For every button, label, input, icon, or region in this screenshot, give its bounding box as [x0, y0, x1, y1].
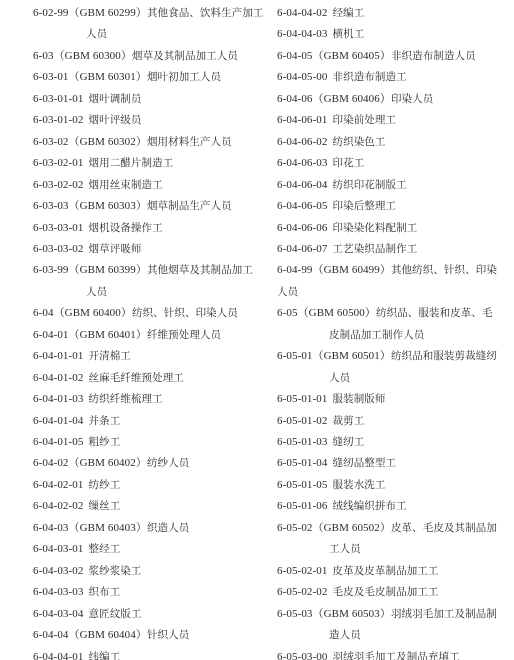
occupation-name: 纤维预处理人员: [147, 329, 221, 341]
occupation-entry: 6-04-06（GBM 60406）印染人员: [277, 92, 433, 106]
occupation-name: 人员: [86, 286, 107, 298]
occupation-entry: 6-04-06-02纺织染色工: [277, 135, 386, 149]
occupation-entry: 6-04-06-01印染前处理工: [277, 113, 396, 127]
occupation-code: 6-05（GBM 60500）: [277, 307, 376, 319]
occupation-code: 6-04-03-02: [33, 565, 84, 577]
occupation-entry: 6-04-03-01整经工: [33, 542, 120, 556]
occupation-code: 6-02-99（GBM 60299）: [33, 7, 147, 19]
occupation-name: 纺纱人员: [147, 457, 189, 469]
occupation-name: 人员: [86, 28, 107, 40]
occupation-code: 6-04-06-05: [277, 200, 328, 212]
occupation-name: 烟用材料生产人员: [147, 136, 232, 148]
occupation-entry: 6-04-01-05粗纱工: [33, 435, 120, 449]
occupation-name: 人员: [277, 286, 298, 298]
occupation-code: 6-03-01-02: [33, 114, 84, 126]
occupation-entry: 6-04-02（GBM 60402）纺纱人员: [33, 456, 189, 470]
occupation-entry: 6-03-02-02烟用丝束制造工: [33, 178, 163, 192]
occupation-name: 印染人员: [391, 93, 433, 105]
occupation-code: 6-03-03-01: [33, 222, 84, 234]
occupation-code: 6-04-06（GBM 60406）: [277, 93, 391, 105]
occupation-name: 纺织印花制版工: [333, 179, 407, 191]
occupation-code: 6-04-03（GBM 60403）: [33, 522, 147, 534]
occupation-name: 烟草评吸师: [89, 243, 142, 255]
occupation-name: 纬编工: [89, 651, 121, 660]
occupation-entry: 6-05-03-00羽绒羽毛加工及制品充填工: [277, 650, 460, 660]
occupation-name: 裁剪工: [333, 415, 365, 427]
occupation-name: 绒线编织拼布工: [333, 500, 407, 512]
occupation-entry: 6-04-04-01纬编工: [33, 650, 120, 660]
occupation-entry: 6-04-02-01纺纱工: [33, 478, 120, 492]
occupation-name: 印染染化料配制工: [333, 222, 418, 234]
occupation-entry: 6-04-02-02缫丝工: [33, 499, 120, 513]
occupation-entry: 6-04-04（GBM 60404）针织人员: [33, 628, 189, 642]
occupation-code: 6-04-01-02: [33, 372, 84, 384]
entry-continuation: 皮制品加工制作人员: [329, 328, 424, 342]
occupation-entry: 6-04（GBM 60400）纺织、针织、印染人员: [33, 306, 238, 320]
occupation-entry: 6-03-02（GBM 60302）烟用材料生产人员: [33, 135, 232, 149]
occupation-name: 烟机设备操作工: [89, 222, 163, 234]
occupation-entry: 6-03-03-02烟草评吸师: [33, 242, 142, 256]
occupation-code: 6-04-05-00: [277, 71, 328, 83]
occupation-code: 6-05-03-00: [277, 651, 328, 660]
occupation-code: 6-03-99（GBM 60399）: [33, 264, 147, 276]
occupation-code: 6-04-02（GBM 60402）: [33, 457, 147, 469]
occupation-name: 服装制版师: [333, 393, 386, 405]
occupation-entry: 6-04-01-03纺织纤维梳理工: [33, 392, 163, 406]
occupation-entry: 6-05-01-03缝纫工: [277, 435, 364, 449]
occupation-code: 6-04-06-02: [277, 136, 328, 148]
occupation-code: 6-04-03-04: [33, 608, 84, 620]
occupation-name: 工艺染织品制作工: [333, 243, 418, 255]
occupation-name: 烟叶初加工人员: [147, 71, 221, 83]
occupation-name: 其他烟草及其制品加工: [147, 264, 253, 276]
occupation-code: 6-04-04-02: [277, 7, 328, 19]
occupation-name: 印花工: [333, 157, 365, 169]
occupation-name: 粗纱工: [89, 436, 121, 448]
occupation-entry: 6-05（GBM 60500）纺织品、服装和皮革、毛: [277, 306, 493, 320]
occupation-entry: 6-04-01（GBM 60401）纤维预处理人员: [33, 328, 221, 342]
occupation-code: 6-04-06-01: [277, 114, 328, 126]
occupation-name: 烟叶调制员: [89, 93, 142, 105]
occupation-entry: 6-04-01-04并条工: [33, 414, 120, 428]
occupation-entry: 6-05-02（GBM 60502）皮革、毛皮及其制品加: [277, 521, 497, 535]
occupation-entry: 6-05-03（GBM 60503）羽绒羽毛加工及制品制: [277, 607, 497, 621]
occupation-name: 非织造布制造工: [333, 71, 407, 83]
occupation-name: 缝纫工: [333, 436, 365, 448]
occupation-entry: 6-04-06-05印染后整理工: [277, 199, 396, 213]
occupation-entry: 6-03-99（GBM 60399）其他烟草及其制品加工: [33, 263, 253, 277]
occupation-name: 缫丝工: [89, 500, 121, 512]
occupation-code: 6-04-03-01: [33, 543, 84, 555]
occupation-name: 纺织品和服装剪裁缝纫: [391, 350, 497, 362]
occupation-name: 纺织、针织、印染人员: [132, 307, 238, 319]
occupation-name: 纺织品、服装和皮革、毛: [376, 307, 493, 319]
occupation-code: 6-05-02-02: [277, 586, 328, 598]
occupation-code: 6-04-01（GBM 60401）: [33, 329, 147, 341]
occupation-code: 6-04-04-03: [277, 28, 328, 40]
occupation-code: 6-04（GBM 60400）: [33, 307, 132, 319]
occupation-code: 6-03-01（GBM 60301）: [33, 71, 147, 83]
occupation-entry: 6-05-01-02裁剪工: [277, 414, 364, 428]
occupation-name: 羽绒羽毛加工及制品充填工: [333, 651, 460, 660]
occupation-entry: 6-04-04-03横机工: [277, 27, 364, 41]
occupation-entry: 6-04-03（GBM 60403）织造人员: [33, 521, 189, 535]
occupation-entry: 6-05-02-01皮革及皮革制品加工工: [277, 564, 439, 578]
occupation-code: 6-03-01-01: [33, 93, 84, 105]
occupation-entry: 6-04-03-03织布工: [33, 585, 120, 599]
occupation-code: 6-03（GBM 60300）: [33, 50, 132, 62]
occupation-entry: 6-04-06-03印花工: [277, 156, 364, 170]
occupation-name: 横机工: [333, 28, 365, 40]
occupation-entry: 6-05-02-02毛皮及毛皮制品加工工: [277, 585, 439, 599]
occupation-code: 6-03-03-02: [33, 243, 84, 255]
occupation-code: 6-04-06-06: [277, 222, 328, 234]
occupation-code: 6-05-01（GBM 60501）: [277, 350, 391, 362]
occupation-name: 其他纺织、针织、印染: [391, 264, 497, 276]
occupation-name: 浆纱浆染工: [89, 565, 142, 577]
occupation-name: 织布工: [89, 586, 121, 598]
occupation-name: 缝纫品整型工: [333, 457, 397, 469]
occupation-code: 6-05-01-01: [277, 393, 328, 405]
occupation-code: 6-04-99（GBM 60499）: [277, 264, 391, 276]
occupation-code: 6-04-01-05: [33, 436, 84, 448]
occupation-name: 开清棉工: [89, 350, 131, 362]
occupation-name: 经编工: [333, 7, 365, 19]
occupation-code: 6-04-01-04: [33, 415, 84, 427]
occupation-code: 6-05-01-02: [277, 415, 328, 427]
occupation-code: 6-04-02-02: [33, 500, 84, 512]
occupation-code: 6-04-06-03: [277, 157, 328, 169]
occupation-entry: 6-04-03-04意匠纹版工: [33, 607, 142, 621]
occupation-code: 6-03-03（GBM 60303）: [33, 200, 147, 212]
occupation-entry: 6-04-06-04纺织印花制版工: [277, 178, 407, 192]
occupation-name: 纺纱工: [89, 479, 121, 491]
occupation-name: 纺织纤维梳理工: [89, 393, 163, 405]
occupation-entry: 6-04-05-00非织造布制造工: [277, 70, 407, 84]
entry-continuation: 工人员: [329, 542, 361, 556]
entry-continuation: 造人员: [329, 628, 361, 642]
occupation-entry: 6-05-01（GBM 60501）纺织品和服装剪裁缝纫: [277, 349, 497, 363]
occupation-entry: 6-05-01-06绒线编织拼布工: [277, 499, 407, 513]
occupation-code: 6-03-02（GBM 60302）: [33, 136, 147, 148]
occupation-name: 非织造布制造人员: [391, 50, 476, 62]
occupation-code: 6-04-05（GBM 60405）: [277, 50, 391, 62]
occupation-entry: 6-04-99（GBM 60499）其他纺织、针织、印染: [277, 263, 497, 277]
occupation-code: 6-03-02-01: [33, 157, 84, 169]
occupation-name: 意匠纹版工: [89, 608, 142, 620]
occupation-entry: 6-03-02-01烟用二醋片制造工: [33, 156, 173, 170]
entry-continuation: 人员: [86, 285, 107, 299]
occupation-name: 其他食品、饮料生产加工: [147, 7, 264, 19]
occupation-entry: 6-03（GBM 60300）烟草及其制品加工人员: [33, 49, 238, 63]
occupation-code: 6-04-01-03: [33, 393, 84, 405]
occupation-entry: 6-04-01-02丝麻毛纤维预处理工: [33, 371, 184, 385]
occupation-code: 6-05-03（GBM 60503）: [277, 608, 391, 620]
occupation-name: 烟叶评级员: [89, 114, 142, 126]
occupation-entry: 6-02-99（GBM 60299）其他食品、饮料生产加工: [33, 6, 264, 20]
occupation-entry: 6-03-01（GBM 60301）烟叶初加工人员: [33, 70, 221, 84]
occupation-name: 工人员: [329, 543, 361, 555]
occupation-name: 皮制品加工制作人员: [329, 329, 424, 341]
occupation-entry: 6-03-01-01烟叶调制员: [33, 92, 142, 106]
occupation-name: 印染后整理工: [333, 200, 397, 212]
occupation-code: 6-05-02（GBM 60502）: [277, 522, 391, 534]
occupation-entry: 6-03-03（GBM 60303）烟草制品生产人员: [33, 199, 232, 213]
occupation-name: 织造人员: [147, 522, 189, 534]
occupation-name: 整经工: [89, 543, 121, 555]
occupation-entry: 6-05-01-01服装制版师: [277, 392, 386, 406]
occupation-name: 烟草制品生产人员: [147, 200, 232, 212]
occupation-name: 毛皮及毛皮制品加工工: [333, 586, 439, 598]
entry-continuation: 人员: [86, 27, 107, 41]
occupation-code: 6-04-04（GBM 60404）: [33, 629, 147, 641]
occupation-code: 6-03-02-02: [33, 179, 84, 191]
occupation-entry: 6-04-03-02浆纱浆染工: [33, 564, 142, 578]
occupation-code: 6-05-01-06: [277, 500, 328, 512]
occupation-code: 6-05-02-01: [277, 565, 328, 577]
occupation-entry: 6-05-01-05服装水洗工: [277, 478, 386, 492]
occupation-code: 6-04-04-01: [33, 651, 84, 660]
occupation-entry: 6-03-03-01烟机设备操作工: [33, 221, 163, 235]
occupation-code: 6-05-01-05: [277, 479, 328, 491]
entry-continuation: 人员: [329, 371, 350, 385]
occupation-name: 烟用二醋片制造工: [89, 157, 174, 169]
occupation-name: 羽绒羽毛加工及制品制: [391, 608, 497, 620]
occupation-name: 并条工: [89, 415, 121, 427]
occupation-entry: 6-04-01-01开清棉工: [33, 349, 131, 363]
occupation-name: 针织人员: [147, 629, 189, 641]
occupation-name: 人员: [329, 372, 350, 384]
occupation-name: 造人员: [329, 629, 361, 641]
occupation-entry: 6-04-05（GBM 60405）非织造布制造人员: [277, 49, 476, 63]
occupation-name: 服装水洗工: [333, 479, 386, 491]
occupation-code: 6-04-06-04: [277, 179, 328, 191]
occupation-entry: 6-04-06-07工艺染织品制作工: [277, 242, 417, 256]
occupation-code: 6-05-01-04: [277, 457, 328, 469]
occupation-name: 丝麻毛纤维预处理工: [89, 372, 184, 384]
entry-continuation: 人员: [277, 285, 298, 299]
occupation-code: 6-04-01-01: [33, 350, 84, 362]
occupation-code: 6-04-06-07: [277, 243, 328, 255]
occupation-name: 皮革、毛皮及其制品加: [391, 522, 497, 534]
occupation-code: 6-05-01-03: [277, 436, 328, 448]
occupation-entry: 6-04-06-06印染染化料配制工: [277, 221, 417, 235]
occupation-name: 烟草及其制品加工人员: [132, 50, 238, 62]
occupation-name: 印染前处理工: [333, 114, 397, 126]
occupation-entry: 6-05-01-04缝纫品整型工: [277, 456, 396, 470]
occupation-entry: 6-04-04-02经编工: [277, 6, 364, 20]
occupation-name: 纺织染色工: [333, 136, 386, 148]
occupation-code: 6-04-02-01: [33, 479, 84, 491]
occupation-name: 烟用丝束制造工: [89, 179, 163, 191]
occupation-code: 6-04-03-03: [33, 586, 84, 598]
occupation-name: 皮革及皮革制品加工工: [333, 565, 439, 577]
occupation-entry: 6-03-01-02烟叶评级员: [33, 113, 142, 127]
